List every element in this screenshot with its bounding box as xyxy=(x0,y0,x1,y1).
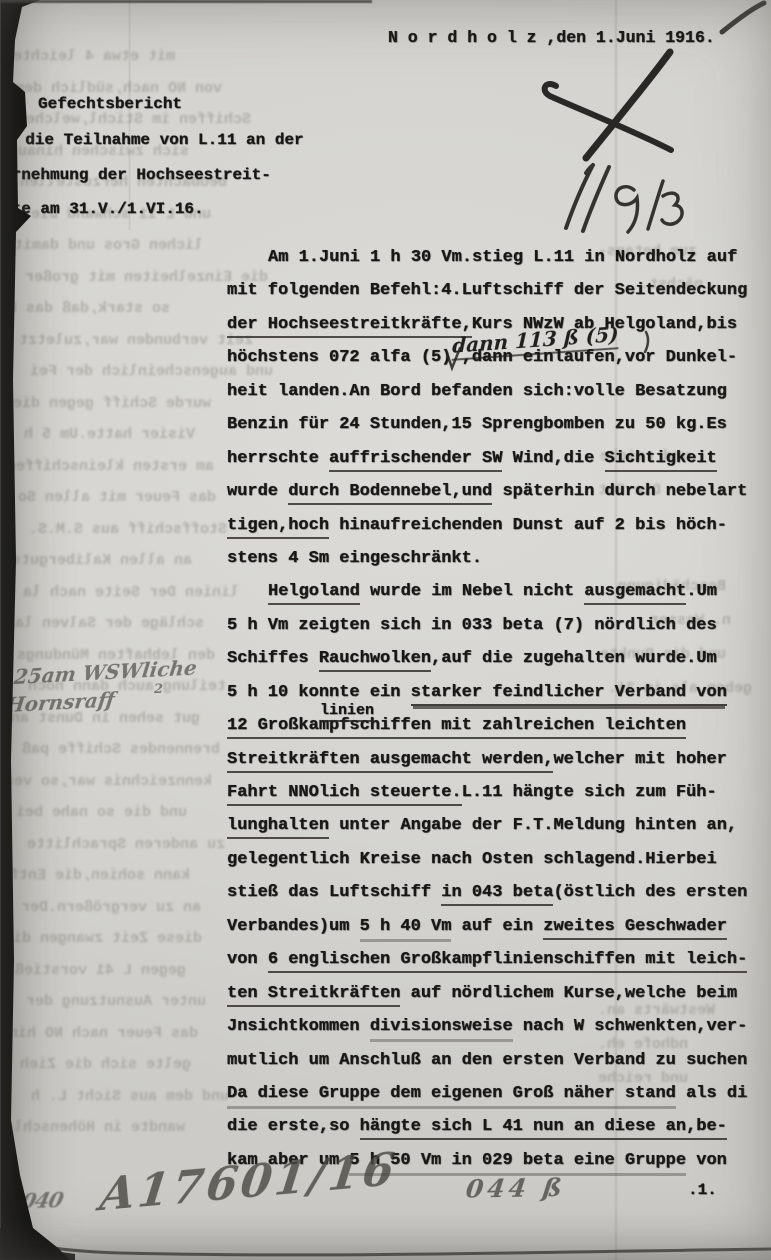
body-line: Fahrt NNOlich steuerte.L.11 hängte sich … xyxy=(227,782,749,815)
body-segment: 5 h Vm zeigten sich in 033 beta (7) nörd… xyxy=(227,616,717,635)
body-segment: stens 4 Sm eingeschränkt. xyxy=(227,549,482,568)
body-line: mit folgenden Befehl:4.Luftschiff der Se… xyxy=(227,280,749,313)
body-line: lunghalten unter Angabe der F.T.Meldung … xyxy=(227,815,749,848)
dateline: N o r d h o l z ,den 1.Juni 1916. xyxy=(388,28,715,47)
body-segment: stieß das Luftschiff xyxy=(227,883,441,902)
body-segment: mit folgenden Befehl:4.Luftschiff der Se… xyxy=(227,281,747,300)
body-segment: Fahrt NNOlich steuerte. xyxy=(227,783,462,806)
body-line: herrschte auffrischender SW Wind,die Sic… xyxy=(227,448,749,481)
body-segment: auffrischender SW xyxy=(329,449,502,472)
body-line: Am 1.Juni 1 h 30 Vm.stieg L.11 in Nordho… xyxy=(227,247,749,280)
body-segment: 5 h 10 konnte ein xyxy=(227,683,411,702)
body-line: Verbandes)um 5 h 40 Vm auf ein zweites G… xyxy=(227,916,749,949)
heading-line-2: r die Teilnahme von L.11 an der xyxy=(6,131,304,149)
body-segment: lunghalten xyxy=(227,816,329,839)
body-line: stens 4 Sm eingeschränkt. xyxy=(227,548,749,581)
body-segment: unter Angabe der F.T.Meldung hinten an, xyxy=(329,816,737,835)
body-line: gelegentlich Kreise nach Osten schlagend… xyxy=(227,849,749,882)
body-segment: starker feindlicher Verband von xyxy=(411,683,727,706)
page-number: .1. xyxy=(688,1181,717,1199)
margin-note-superscript: 2 xyxy=(154,682,163,697)
body-line: Helgoland wurde im Nebel nicht ausgemach… xyxy=(227,581,749,614)
body-segment: als di xyxy=(676,1084,747,1103)
body-line: 12 Großkampfschiffen mit zahlreichen lei… xyxy=(227,715,749,748)
body-line: Da diese Gruppe dem eigenen Groß näher s… xyxy=(227,1083,749,1116)
small-crease xyxy=(128,0,131,230)
body-segment: zweites Geschwader xyxy=(543,917,727,940)
body-segment: hinaufreichenden Dunst auf 2 bis höch- xyxy=(329,516,727,535)
body-segment: von xyxy=(227,950,268,969)
body-segment: nach W schwenkten,ver- xyxy=(513,1017,748,1036)
body-line: die erste,so hängte sich L 41 nun an die… xyxy=(227,1116,749,1149)
body-segment: hängte sich L 41 nun an diese an,be- xyxy=(360,1117,727,1140)
body-line: 5 h 10 konnte ein starker feindlicher Ve… xyxy=(227,682,749,715)
body-segment: 5 h 50 Vm in 029 beta eine Gruppe xyxy=(349,1151,686,1176)
body-line: wurde durch Bodennebel,und späterhin dur… xyxy=(227,481,749,514)
body-segment: Wind,die xyxy=(502,449,604,468)
body-line: heit landen.An Bord befanden sich:volle … xyxy=(227,381,749,414)
body-segment: auf nördlichem Kurse,welche beim xyxy=(400,984,737,1003)
body-segment: ten Streitkräften xyxy=(227,984,400,1007)
body-segment: Schiffes xyxy=(227,649,319,668)
body-line: ten Streitkräften auf nördlichem Kurse,w… xyxy=(227,983,749,1016)
body-line: mutlich um Anschluß an den ersten Verban… xyxy=(227,1050,749,1083)
body-segment: höchstens 072 alfa (5) xyxy=(227,348,462,367)
body-segment: herrschte xyxy=(227,449,329,468)
body-segment: divisionsweise xyxy=(370,1017,513,1042)
body-line: Benzin für 24 Stunden,15 Sprengbomben zu… xyxy=(227,414,749,447)
body-segment: von xyxy=(686,1151,727,1170)
body-line: tigen,hoch hinaufreichenden Dunst auf 2 … xyxy=(227,515,749,548)
body-segment: ,auf die zugehalten wurde.Um xyxy=(431,649,717,668)
body-segment: welcher mit hoher xyxy=(553,750,726,769)
body-segment: auf ein xyxy=(451,917,543,936)
body-line: 5 h Vm zeigten sich in 033 beta (7) nörd… xyxy=(227,615,749,648)
body-segment: durch Bodennebel,und xyxy=(288,482,492,505)
body-segment: 6 englischen Großkampflinienschiffen mit… xyxy=(268,950,747,973)
typed-insertion-linien: linien xyxy=(320,702,374,722)
body-segment: heit landen.An Bord befanden sich:volle … xyxy=(227,382,727,401)
body-segment: die erste,so xyxy=(227,1117,360,1136)
body-text: Am 1.Juni 1 h 30 Vm.stieg L.11 in Nordho… xyxy=(227,247,749,1183)
body-segment: Benzin für 24 Stunden,15 Sprengbomben zu… xyxy=(227,415,727,434)
body-segment: in 043 beta xyxy=(441,883,553,906)
heading-line-3: ernehmung der Hochseestreit- xyxy=(2,166,271,184)
body-segment: L.11 hängte sich zum Füh- xyxy=(462,783,717,802)
body-segment: (östlich des ersten xyxy=(553,883,747,902)
body-segment: Am 1.Juni 1 h 30 Vm.stieg L.11 in Nordho… xyxy=(268,248,737,267)
body-line: Schiffes Rauchwolken,auf die zugehalten … xyxy=(227,648,749,681)
body-segment: der Hochseestreitkräfte, xyxy=(227,315,472,338)
body-segment: Jnsichtkommen xyxy=(227,1017,370,1036)
body-segment: späterhin durch nebelart xyxy=(492,482,747,501)
body-segment: Rauchwolken xyxy=(319,649,431,672)
body-segment: Sichtigkeit xyxy=(605,449,717,472)
scanned-document-page: mit etwa 4 leichtenvon NO nach,südlich d… xyxy=(0,0,771,1260)
heading-gefechtsbericht: Gefechtsbericht xyxy=(38,95,182,113)
body-segment: mutlich um Anschluß an den ersten Verban… xyxy=(227,1051,747,1070)
body-line: stieß das Luftschiff in 043 beta(östlich… xyxy=(227,882,749,915)
body-segment: tigen,hoch xyxy=(227,516,329,539)
body-segment: gelegentlich Kreise nach Osten schlagend… xyxy=(227,850,717,869)
body-segment: wurde im Nebel nicht xyxy=(360,582,584,601)
scan-edge-top xyxy=(0,0,372,3)
body-segment: Da diese Gruppe dem eigenen Groß näher s… xyxy=(227,1084,676,1109)
bearing-note: 044 ß xyxy=(464,1173,567,1204)
body-segment: Helgoland xyxy=(268,582,360,605)
body-segment: 12 Großkampfschiffen mit zahlreichen lei… xyxy=(227,716,686,739)
body-segment: ausgemacht xyxy=(584,582,686,605)
body-segment: 5 h 40 Vm xyxy=(360,917,452,942)
body-segment: wurde xyxy=(227,482,288,501)
body-line: Jnsichtkommen divisionsweise nach W schw… xyxy=(227,1016,749,1049)
body-segment: Streitkräften ausgemacht werden, xyxy=(227,750,553,773)
body-line: Streitkräften ausgemacht werden,welcher … xyxy=(227,749,749,782)
body-segment: Verbandes)um xyxy=(227,917,360,936)
body-line: von 6 englischen Großkampflinienschiffen… xyxy=(227,949,749,982)
heading-line-4: fte am 31.V./1.VI.16. xyxy=(2,200,204,218)
body-segment: .Um xyxy=(686,582,717,601)
